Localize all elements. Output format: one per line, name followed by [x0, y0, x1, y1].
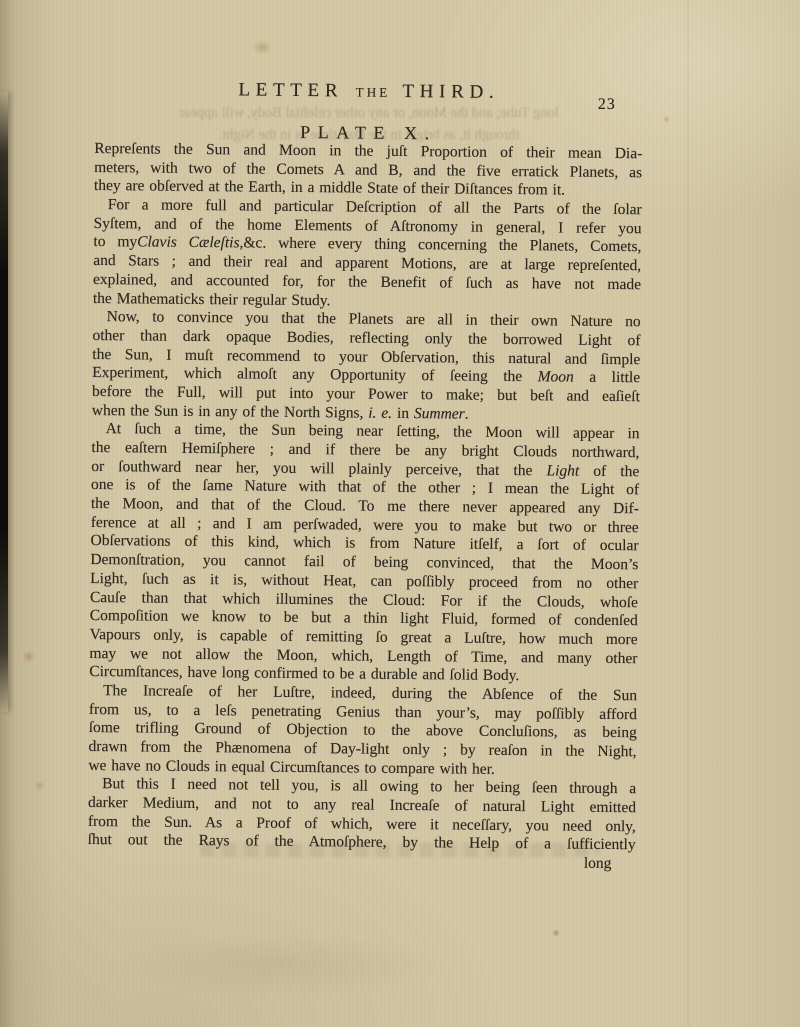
paper-stain: [663, 116, 670, 123]
paper-stain: [34, 780, 45, 791]
page-number: 23: [598, 96, 616, 114]
running-head: LETTER THE THIRD.: [95, 78, 643, 105]
running-head-word: LETTER: [238, 79, 343, 101]
paper-stain: [22, 650, 35, 663]
book-page-scan: long Tube; and the Moon, or any other ce…: [0, 0, 800, 1027]
paper-stain: [252, 40, 272, 55]
running-head-word: THIRD.: [402, 81, 499, 103]
text-line: ſhut out the Rays of the Atmoſphere, by …: [88, 831, 636, 855]
body-text: Repreſents the Sun and Moon in the juſt …: [88, 140, 643, 855]
running-head-the: THE: [354, 84, 393, 99]
page-text-block: LETTER THE THIRD. 23 PLATE X. Repreſents…: [86, 78, 643, 983]
page-crease: [687, 0, 690, 1027]
catchword: long: [584, 855, 612, 873]
binding-shadow: [0, 92, 8, 712]
